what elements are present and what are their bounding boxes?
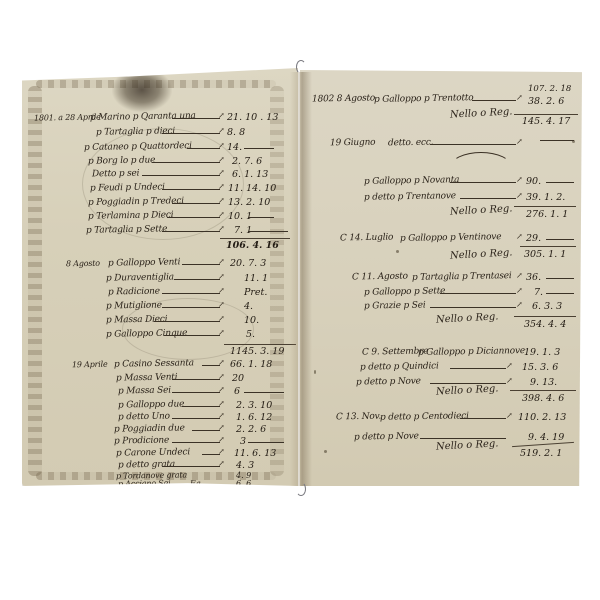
signature: Nello o Reg.: [450, 247, 513, 261]
amount: 2. 2. 6: [236, 424, 266, 435]
amount: 9. 4. 19: [528, 432, 564, 443]
amount: 4. 3: [236, 460, 254, 471]
amount: 39. 1. 2.: [526, 192, 565, 203]
amount: 6. 1. 13: [232, 169, 268, 180]
amount: 11. 6. 13: [234, 448, 276, 459]
amount: 7. 1: [234, 225, 252, 236]
amount: 36.: [526, 272, 541, 283]
signature: Nello o Reg.: [436, 438, 499, 452]
amount: 11. 1: [244, 273, 268, 284]
total-rule: [514, 206, 576, 207]
amount: 38. 2. 6: [528, 96, 564, 107]
amount: 6: [234, 386, 240, 397]
amount: 15. 3. 6: [522, 362, 558, 373]
binding-thread: [296, 482, 306, 496]
total-label: Eq.: [190, 478, 203, 487]
amount: Pret.: [244, 287, 267, 298]
binding-thread: [296, 60, 306, 74]
subtotal-amount: 305. 1. 1: [524, 249, 566, 260]
open-ledger-book: 1801. a 28 Aprile p Marino p Qaranta una…: [22, 68, 582, 488]
signature: Nello o Reg.: [436, 383, 499, 397]
date-header: 19 Aprile: [72, 359, 108, 369]
amount: 10. 1: [228, 211, 252, 222]
amount: 2. 7. 6: [232, 156, 262, 167]
amount: 29.: [526, 233, 541, 244]
date-header: C 11. Agosto: [352, 272, 408, 283]
amount: 5.: [246, 329, 255, 340]
amount: 8. 8: [227, 127, 245, 138]
ink-seal-stamp: [112, 68, 172, 112]
amount: 13. 2. 10: [228, 197, 270, 208]
amount: 90.: [526, 176, 541, 187]
total-rule: [520, 246, 576, 247]
amount: 20: [232, 373, 244, 384]
amount: 11. 14. 10: [228, 183, 276, 194]
amount: 1. 6. 12: [236, 412, 272, 423]
left-page: 1801. a 28 Aprile p Marino p Qaranta una…: [22, 68, 298, 486]
amount: 20. 7. 3: [230, 258, 266, 269]
date-header: C 13. Nov.: [336, 412, 381, 423]
left-ornament-border: [28, 86, 42, 476]
ink-flourish: [450, 152, 512, 182]
amount: 9. 13.: [530, 377, 557, 388]
amount: 21. 10 . 13: [227, 112, 278, 123]
right-page: 1802 8 Agosto p Galloppo p Trentotto ↗ 1…: [300, 70, 582, 486]
amount: 6. 6: [236, 479, 251, 488]
amount: 6. 3. 3: [532, 301, 562, 312]
subtotal-amount: 276. 1. 1: [526, 209, 568, 220]
total-rule: [514, 316, 576, 317]
previous-amount: 107. 2. 18: [528, 84, 571, 94]
amount: 110. 2. 13: [518, 412, 566, 423]
amount: 4.: [244, 301, 253, 312]
subtotal-amount: 106. 4. 16: [226, 240, 279, 251]
amount: 3: [240, 436, 246, 447]
book-spine-gutter: [290, 72, 312, 486]
subtotal-amount: 1145. 3. 19: [230, 346, 284, 357]
total-rule: [512, 442, 574, 447]
date-header: C 14. Luglio: [340, 233, 393, 244]
date-header: 1802 8 Agosto: [312, 93, 375, 104]
signature: Nello o Reg.: [436, 311, 499, 325]
date-header: 8 Agosto: [66, 258, 100, 268]
amount: 66. 1. 18: [230, 359, 272, 370]
amount: 7.: [534, 287, 543, 298]
subtotal-amount: 354. 4. 4: [524, 319, 566, 330]
amount: 14.: [227, 142, 242, 153]
subtotal-amount: 519. 2. 1: [520, 448, 562, 459]
total-rule: [510, 390, 576, 391]
subtotal-amount: 145. 4. 17: [522, 116, 570, 127]
amount: 19. 1. 3: [524, 347, 560, 358]
date-header: 19 Giugno: [330, 138, 376, 149]
subtotal-amount: 398. 4. 6: [522, 393, 564, 404]
amount: 10.: [244, 315, 259, 326]
signature: Nello o Reg.: [450, 106, 513, 120]
amount: 2. 3. 10: [236, 400, 272, 411]
signature: Nello o Reg.: [450, 203, 513, 217]
